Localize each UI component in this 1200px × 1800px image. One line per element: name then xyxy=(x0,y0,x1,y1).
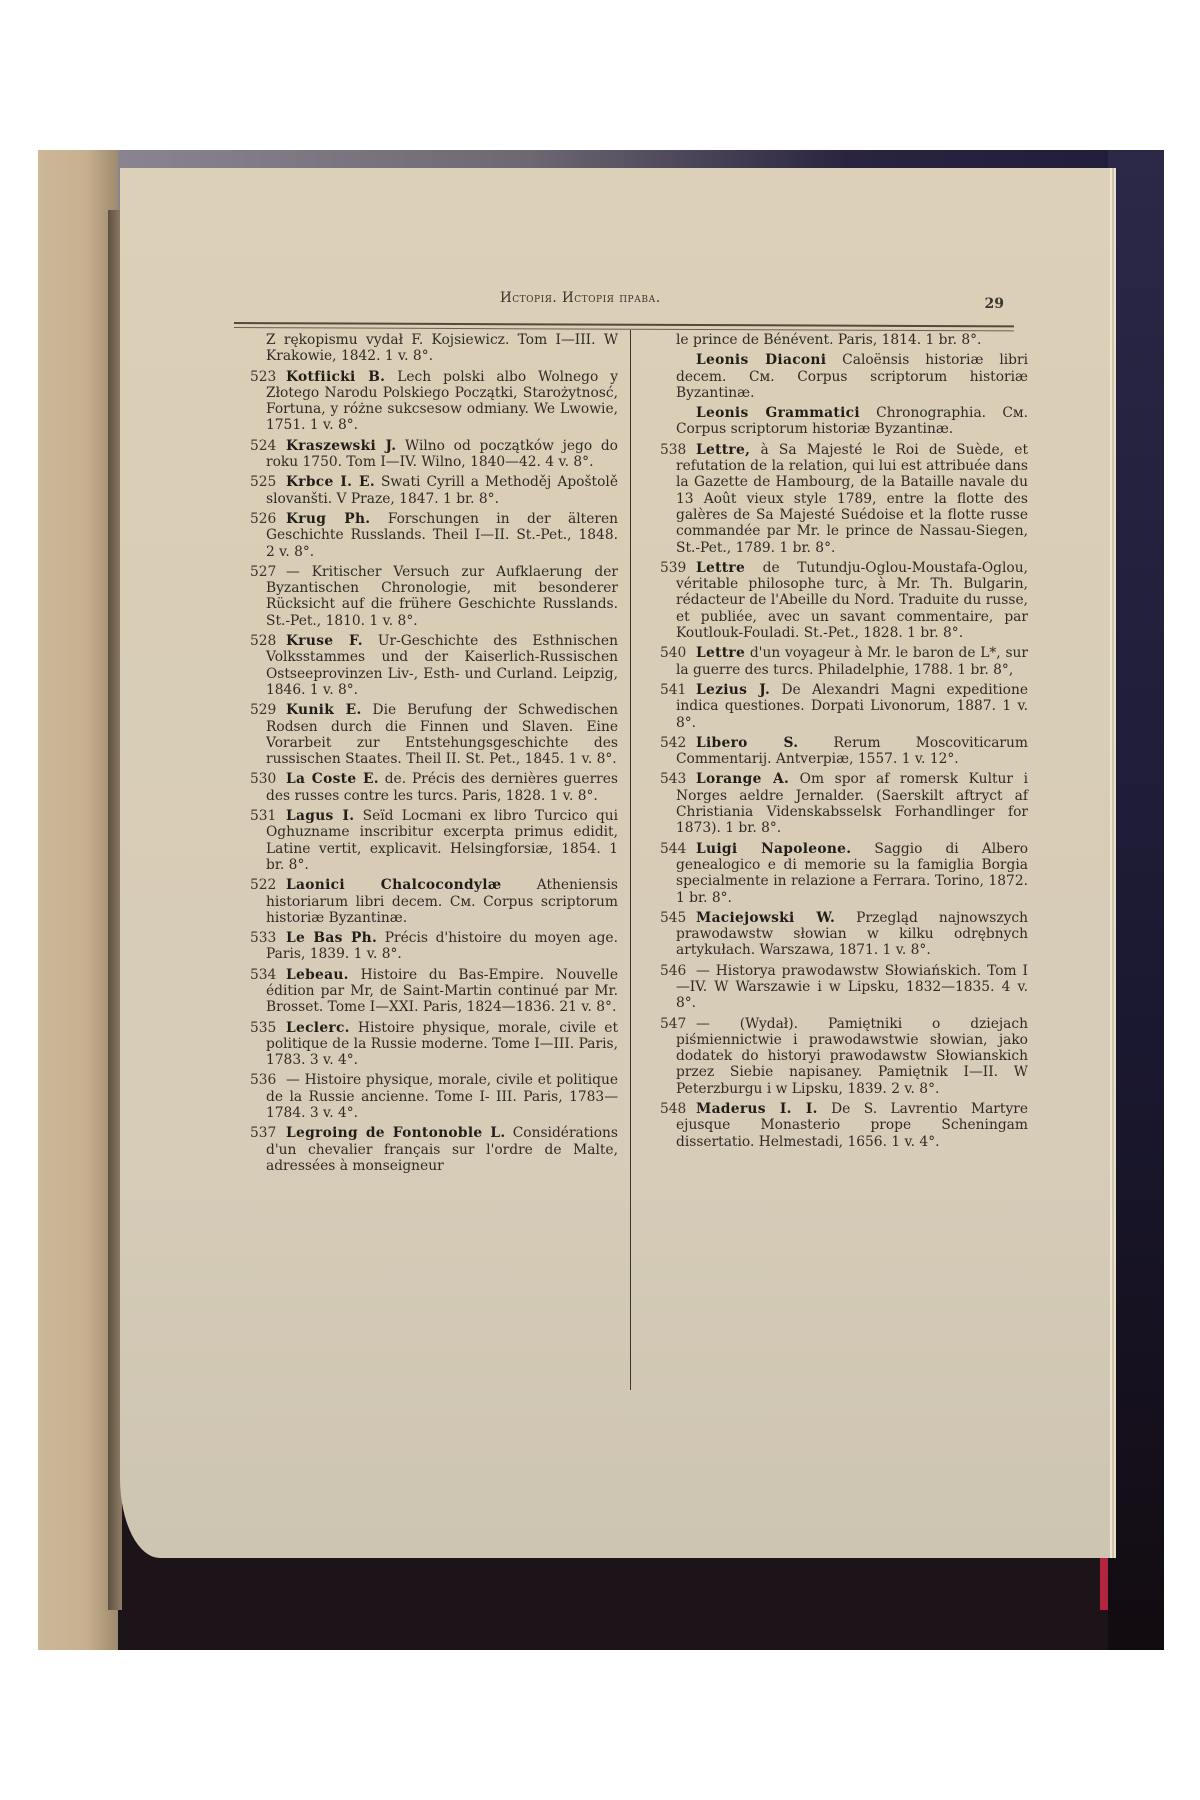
running-header: Исторія. Исторія права. 29 xyxy=(234,290,1014,316)
right-column: le prince de Bénévent. Paris, 1814. 1 br… xyxy=(676,332,1028,1154)
bibliography-entry: 523Kotfiicki B. Lech polski albo Wolnego… xyxy=(266,369,618,434)
bibliography-entry: 538Lettre, à Sa Majesté le Roi de Suède,… xyxy=(676,442,1028,556)
entry-number: 541 xyxy=(640,682,686,698)
entry-author: Luigi Napoleone. xyxy=(696,841,851,857)
entry-number: 543 xyxy=(640,771,686,787)
entry-author: Kruse F. xyxy=(286,633,363,649)
bibliography-entry: 527 — Kritischer Versuch zur Aufklaerung… xyxy=(266,564,618,629)
bibliography-entry: 548Maderus I. I. De S. Lavrentio Martyre… xyxy=(676,1101,1028,1150)
entry-author: Maderus I. I. xyxy=(696,1101,818,1117)
entry-number: 526 xyxy=(230,511,276,527)
entry-number: 535 xyxy=(230,1020,276,1036)
entry-number: 546 xyxy=(640,963,686,979)
bibliography-entry: 533Le Bas Ph. Précis d'histoire du moyen… xyxy=(266,930,618,963)
left-page-edge xyxy=(38,150,118,1650)
entry-text: Z rękopismu vydał F. Kojsiewicz. Tom I—I… xyxy=(266,332,618,364)
bibliography-entry: 547 — (Wydał). Pamiętniki o dziejach piś… xyxy=(676,1016,1028,1097)
page-header-title: Исторія. Исторія права. xyxy=(500,290,661,306)
entry-author: Lettre xyxy=(696,645,745,661)
entry-author: Lebeau. xyxy=(286,967,349,983)
entry-author: Legroing de Fontonoble L. xyxy=(286,1125,506,1141)
bibliography-entry: Leonis Grammatici Chronographia. См. Cor… xyxy=(676,405,1028,438)
bibliography-entry: 535Leclerc. Histoire physique, morale, c… xyxy=(266,1020,618,1069)
entry-author: Lettre xyxy=(696,560,745,576)
entry-number: 534 xyxy=(230,967,276,983)
entry-author: Lagus I. xyxy=(286,808,354,824)
entry-author: Leonis Diaconi xyxy=(696,352,826,368)
entry-author: La Coste E. xyxy=(286,771,379,787)
bibliography-entry: 524Kraszewski J. Wilno od początków jego… xyxy=(266,438,618,471)
entry-number: 529 xyxy=(230,702,276,718)
bibliography-entry: 531Lagus I. Seïd Locmani ex libro Turcic… xyxy=(266,808,618,873)
entry-author: Krug Ph. xyxy=(286,511,370,527)
entry-text: — (Wydał). Pamiętniki o dziejach piśmien… xyxy=(676,1016,1028,1097)
entry-author: Libero S. xyxy=(696,735,798,751)
entry-author: Kraszewski J. xyxy=(286,438,396,454)
bibliography-entry: 536 — Histoire physique, morale, civile … xyxy=(266,1072,618,1121)
book-photo: Исторія. Исторія права. 29 Z rękopismu v… xyxy=(38,150,1164,1650)
entry-number: 544 xyxy=(640,841,686,857)
bibliography-entry: 530La Coste E. de. Précis des dernières … xyxy=(266,771,618,804)
entry-number: 537 xyxy=(230,1125,276,1141)
entry-text: à Sa Majesté le Roi de Suède, et refutat… xyxy=(676,442,1028,556)
entry-number: 542 xyxy=(640,735,686,751)
header-rule xyxy=(234,322,1014,331)
bibliography-entry: 544Luigi Napoleone. Saggio di Albero gen… xyxy=(676,841,1028,906)
entry-number: 531 xyxy=(230,808,276,824)
entry-number: 547 xyxy=(640,1016,686,1032)
bibliography-entry: Leonis Diaconi Caloënsis historiæ libri … xyxy=(676,352,1028,401)
entry-number: 522 xyxy=(230,877,276,893)
entry-number: 540 xyxy=(640,645,686,661)
entry-number: 525 xyxy=(230,474,276,490)
bibliography-entry: Z rękopismu vydał F. Kojsiewicz. Tom I—I… xyxy=(266,332,618,365)
bibliography-entry: 542Libero S. Rerum Moscoviticarum Commen… xyxy=(676,735,1028,768)
page-number: 29 xyxy=(985,296,1004,312)
entry-number: 545 xyxy=(640,910,686,926)
book-cover-edge xyxy=(1108,150,1164,1650)
bibliography-entry: 525Krbce I. E. Swati Cyrill a Methoděj A… xyxy=(266,474,618,507)
entry-author: Lezius J. xyxy=(696,682,770,698)
entry-number: 528 xyxy=(230,633,276,649)
bibliography-entry: 529Kunik E. Die Berufung der Schwedische… xyxy=(266,702,618,767)
entry-number: 527 xyxy=(230,564,276,580)
bibliography-entry: 543Lorange A. Om spor af romersk Kultur … xyxy=(676,771,1028,836)
bibliography-entry: 534Lebeau. Histoire du Bas-Empire. Nouve… xyxy=(266,967,618,1016)
entry-author: Lettre, xyxy=(696,442,750,458)
bibliography-entry: le prince de Bénévent. Paris, 1814. 1 br… xyxy=(676,332,1028,348)
entry-number: 530 xyxy=(230,771,276,787)
entry-text: le prince de Bénévent. Paris, 1814. 1 br… xyxy=(676,332,981,348)
entry-text: — Histoire physique, morale, civile et p… xyxy=(266,1072,618,1121)
bibliography-entry: 522Laonici Chalcocondylæ Atheniensis his… xyxy=(266,877,618,926)
bibliography-entry: 545Maciejowski W. Przegląd najnowszych p… xyxy=(676,910,1028,959)
left-column: Z rękopismu vydał F. Kojsiewicz. Tom I—I… xyxy=(266,332,618,1178)
entry-text: — Historya prawodawstw Słowiańskich. Tom… xyxy=(676,963,1028,1012)
entry-number: 523 xyxy=(230,369,276,385)
entry-author: Le Bas Ph. xyxy=(286,930,377,946)
bibliography-entry: 541Lezius J. De Alexandri Magni expediti… xyxy=(676,682,1028,731)
entry-author: Maciejowski W. xyxy=(696,910,835,926)
entry-number: 536 xyxy=(230,1072,276,1088)
entry-number: 524 xyxy=(230,438,276,454)
entry-number: 539 xyxy=(640,560,686,576)
bibliography-entry: 539Lettre de Tutundju-Oglou-Moustafa-Ogl… xyxy=(676,560,1028,641)
entry-author: Kunik E. xyxy=(286,702,362,718)
entry-number: 548 xyxy=(640,1101,686,1117)
entry-author: Lorange A. xyxy=(696,771,789,787)
book-page: Исторія. Исторія права. 29 Z rękopismu v… xyxy=(120,168,1110,1558)
bibliography-entry: 528Kruse F. Ur-Geschichte des Esthnische… xyxy=(266,633,618,698)
bibliography-entry: 537Legroing de Fontonoble L. Considérati… xyxy=(266,1125,618,1174)
entry-author: Leonis Grammatici xyxy=(696,405,860,421)
column-divider xyxy=(630,330,631,1390)
entry-author: Laonici Chalcocondylæ xyxy=(286,877,502,893)
bibliography-entry: 540Lettre d'un voyageur à Mr. le baron d… xyxy=(676,645,1028,678)
entry-number: 533 xyxy=(230,930,276,946)
bibliography-entry: 526Krug Ph. Forschungen in der älteren G… xyxy=(266,511,618,560)
entry-author: Kotfiicki B. xyxy=(286,369,385,385)
entry-author: Leclerc. xyxy=(286,1020,350,1036)
entry-number: 538 xyxy=(640,442,686,458)
entry-text: — Kritischer Versuch zur Aufklaerung der… xyxy=(266,564,618,629)
entry-author: Krbce I. E. xyxy=(286,474,375,490)
bibliography-entry: 546 — Historya prawodawstw Słowiańskich.… xyxy=(676,963,1028,1012)
